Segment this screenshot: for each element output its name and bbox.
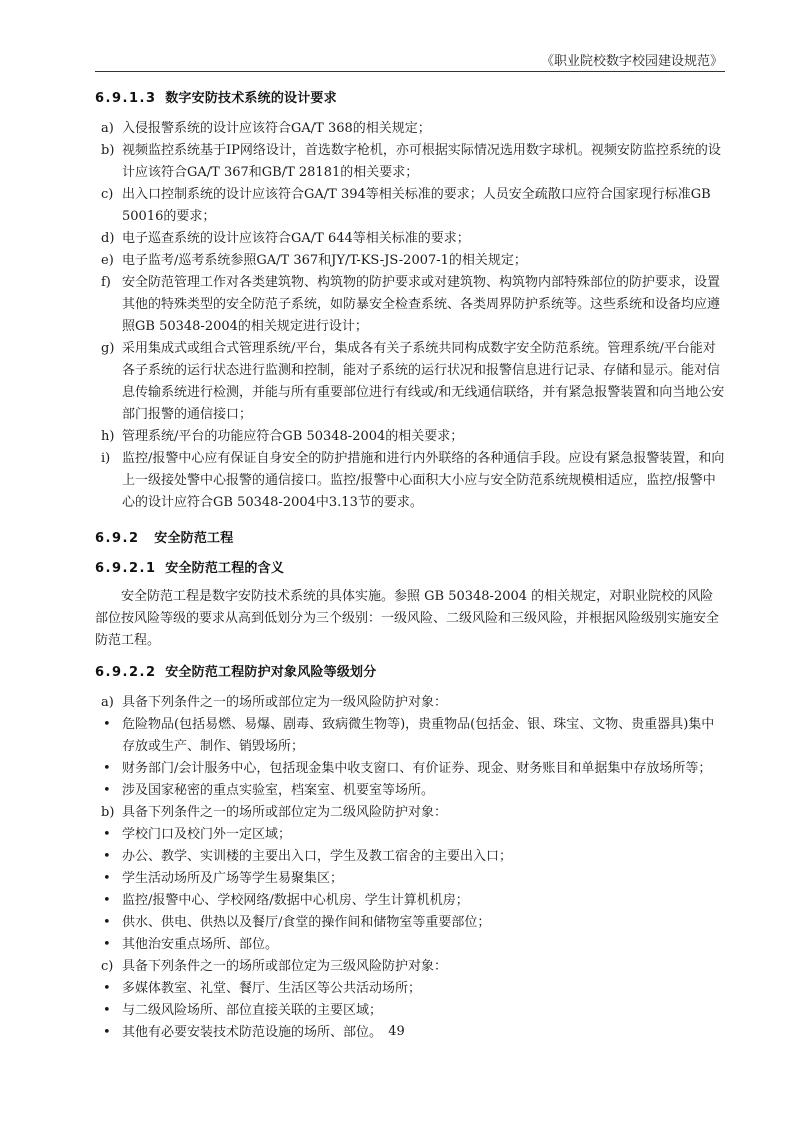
section-number: 6.9.2.1	[95, 561, 157, 576]
item-text: 采用集成式或组合式管理系统/平台，集成各有关子系统共同构成数字安全防范系统。管理…	[122, 338, 725, 426]
section-heading-6913: 6.9.1.3 数字安防技术系统的设计要求	[95, 88, 725, 110]
bullet-item: •财务部门/会计服务中心，包括现金集中收支窗口、有价证券、现金、财务账目和单据集…	[95, 758, 725, 780]
item-text: 电子巡查系统的设计应该符合GA/T 644等相关标准的要求；	[122, 228, 725, 250]
section-title: 数字安防技术系统的设计要求	[165, 91, 337, 106]
bullet-icon: •	[103, 1000, 111, 1022]
section-title: 安全防范工程的含义	[165, 561, 284, 576]
item-text: 财务部门/会计服务中心，包括现金集中收支窗口、有价证券、现金、财务账目和单据集中…	[122, 758, 725, 780]
item-text: 学校门口及校门外一定区域；	[122, 824, 725, 846]
bullet-icon: •	[103, 846, 111, 868]
list-item: b)具备下列条件之一的场所或部位定为二级风险防护对象：	[95, 802, 725, 824]
list-item: a)入侵报警系统的设计应该符合GA/T 368的相关规定；	[95, 118, 725, 140]
section-heading-6922: 6.9.2.2 安全防范工程防护对象风险等级划分	[95, 662, 725, 684]
bullet-item: •其他治安重点场所、部位。	[95, 934, 725, 956]
section-number: 6.9.2	[95, 531, 140, 546]
list-item: d)电子巡查系统的设计应该符合GA/T 644等相关标准的要求；	[95, 228, 725, 250]
bullet-icon: •	[103, 978, 111, 1000]
bullet-icon: •	[103, 780, 111, 802]
item-marker: c)	[101, 956, 113, 978]
item-text: 安全防范管理工作对各类建筑物、构筑物的防护要求或对建筑物、构筑物内部特殊部位的防…	[122, 272, 725, 338]
item-marker: g)	[101, 338, 114, 360]
item-marker: f)	[101, 272, 111, 294]
bullet-icon: •	[103, 890, 111, 912]
item-text: 入侵报警系统的设计应该符合GA/T 368的相关规定；	[122, 118, 725, 140]
item-marker: c)	[101, 184, 113, 206]
item-text: 出入口控制系统的设计应该符合GA/T 394等相关标准的要求；人员安全疏散口应符…	[122, 184, 725, 228]
item-marker: a)	[101, 118, 114, 140]
bullet-item: •供水、供电、供热以及餐厅/食堂的操作间和储物室等重要部位；	[95, 912, 725, 934]
item-text: 具备下列条件之一的场所或部位定为一级风险防护对象：	[122, 692, 725, 714]
section-heading-692: 6.9.2 安全防范工程	[95, 528, 725, 550]
item-text: 多媒体教室、礼堂、餐厅、生活区等公共活动场所；	[122, 978, 725, 1000]
bullet-item: •学生活动场所及广场等学生易聚集区；	[95, 868, 725, 890]
bullet-item: •办公、教学、实训楼的主要出入口，学生及教工宿舍的主要出入口；	[95, 846, 725, 868]
item-text: 管理系统/平台的功能应符合GB 50348-2004的相关要求；	[122, 426, 725, 448]
page-number: 49	[0, 1024, 793, 1039]
list-item: a)具备下列条件之一的场所或部位定为一级风险防护对象：	[95, 692, 725, 714]
list-item: c)出入口控制系统的设计应该符合GA/T 394等相关标准的要求；人员安全疏散口…	[95, 184, 725, 228]
item-text: 涉及国家秘密的重点实验室，档案室、机要室等场所。	[122, 780, 725, 802]
bullet-item: •多媒体教室、礼堂、餐厅、生活区等公共活动场所；	[95, 978, 725, 1000]
list-item: b)视频监控系统基于IP网络设计，首选数字枪机，亦可根据实际情况选用数字球机。视…	[95, 140, 725, 184]
bullet-item: •危险物品(包括易燃、易爆、剧毒、致病微生物等)，贵重物品(包括金、银、珠宝、文…	[95, 714, 725, 758]
bullet-icon: •	[103, 714, 111, 736]
item-text: 供水、供电、供热以及餐厅/食堂的操作间和储物室等重要部位；	[122, 912, 725, 934]
item-text: 办公、教学、实训楼的主要出入口，学生及教工宿舍的主要出入口；	[122, 846, 725, 868]
bullet-icon: •	[103, 824, 111, 846]
item-marker: a)	[101, 692, 114, 714]
risk-level-list: a)具备下列条件之一的场所或部位定为一级风险防护对象： •危险物品(包括易燃、易…	[95, 692, 725, 1044]
bullet-icon: •	[103, 912, 111, 934]
item-text: 监控/报警中心应有保证自身安全的防护措施和进行内外联络的各种通信手段。应设有紧急…	[122, 448, 725, 514]
list-item: e)电子监考/巡考系统参照GA/T 367和JY/T-KS-JS-2007-1的…	[95, 250, 725, 272]
item-marker: d)	[101, 228, 114, 250]
list-item: h)管理系统/平台的功能应符合GB 50348-2004的相关要求；	[95, 426, 725, 448]
item-text: 具备下列条件之一的场所或部位定为三级风险防护对象：	[122, 956, 725, 978]
header-rule	[95, 71, 725, 72]
body-paragraph: 安全防范工程是数字安防技术系统的具体实施。参照 GB 50348-2004 的相…	[95, 586, 725, 652]
bullet-item: •与二级风险场所、部位直接关联的主要区域；	[95, 1000, 725, 1022]
item-text: 学生活动场所及广场等学生易聚集区；	[122, 868, 725, 890]
section-number: 6.9.1.3	[95, 91, 157, 106]
item-text: 与二级风险场所、部位直接关联的主要区域；	[122, 1000, 725, 1022]
document-page: 《职业院校数字校园建设规范》 6.9.1.3 数字安防技术系统的设计要求 a)入…	[0, 0, 793, 1122]
section-title: 安全防范工程防护对象风险等级划分	[165, 665, 376, 680]
item-text: 具备下列条件之一的场所或部位定为二级风险防护对象：	[122, 802, 725, 824]
bullet-item: •学校门口及校门外一定区域；	[95, 824, 725, 846]
section-heading-6921: 6.9.2.1 安全防范工程的含义	[95, 558, 725, 580]
list-item: i)监控/报警中心应有保证自身安全的防护措施和进行内外联络的各种通信手段。应设有…	[95, 448, 725, 514]
item-text: 其他治安重点场所、部位。	[122, 934, 725, 956]
list-item: g)采用集成式或组合式管理系统/平台，集成各有关子系统共同构成数字安全防范系统。…	[95, 338, 725, 426]
item-text: 电子监考/巡考系统参照GA/T 367和JY/T-KS-JS-2007-1的相关…	[122, 250, 725, 272]
bullet-item: •涉及国家秘密的重点实验室，档案室、机要室等场所。	[95, 780, 725, 802]
item-text: 危险物品(包括易燃、易爆、剧毒、致病微生物等)，贵重物品(包括金、银、珠宝、文物…	[122, 714, 725, 758]
design-requirements-list: a)入侵报警系统的设计应该符合GA/T 368的相关规定； b)视频监控系统基于…	[95, 118, 725, 514]
running-header: 《职业院校数字校园建设规范》	[541, 50, 723, 69]
bullet-icon: •	[103, 758, 111, 780]
list-item: c)具备下列条件之一的场所或部位定为三级风险防护对象：	[95, 956, 725, 978]
item-marker: i)	[101, 448, 110, 470]
bullet-icon: •	[103, 934, 111, 956]
page-content: 6.9.1.3 数字安防技术系统的设计要求 a)入侵报警系统的设计应该符合GA/…	[95, 88, 725, 1044]
section-number: 6.9.2.2	[95, 665, 157, 680]
item-text: 监控/报警中心、学校网络/数据中心机房、学生计算机机房；	[122, 890, 725, 912]
item-marker: b)	[101, 802, 114, 824]
item-text: 视频监控系统基于IP网络设计，首选数字枪机，亦可根据实际情况选用数字球机。视频安…	[122, 140, 725, 184]
bullet-icon: •	[103, 868, 111, 890]
item-marker: h)	[101, 426, 114, 448]
section-title: 安全防范工程	[154, 531, 233, 546]
item-marker: b)	[101, 140, 114, 162]
item-marker: e)	[101, 250, 114, 272]
bullet-item: •监控/报警中心、学校网络/数据中心机房、学生计算机机房；	[95, 890, 725, 912]
list-item: f)安全防范管理工作对各类建筑物、构筑物的防护要求或对建筑物、构筑物内部特殊部位…	[95, 272, 725, 338]
